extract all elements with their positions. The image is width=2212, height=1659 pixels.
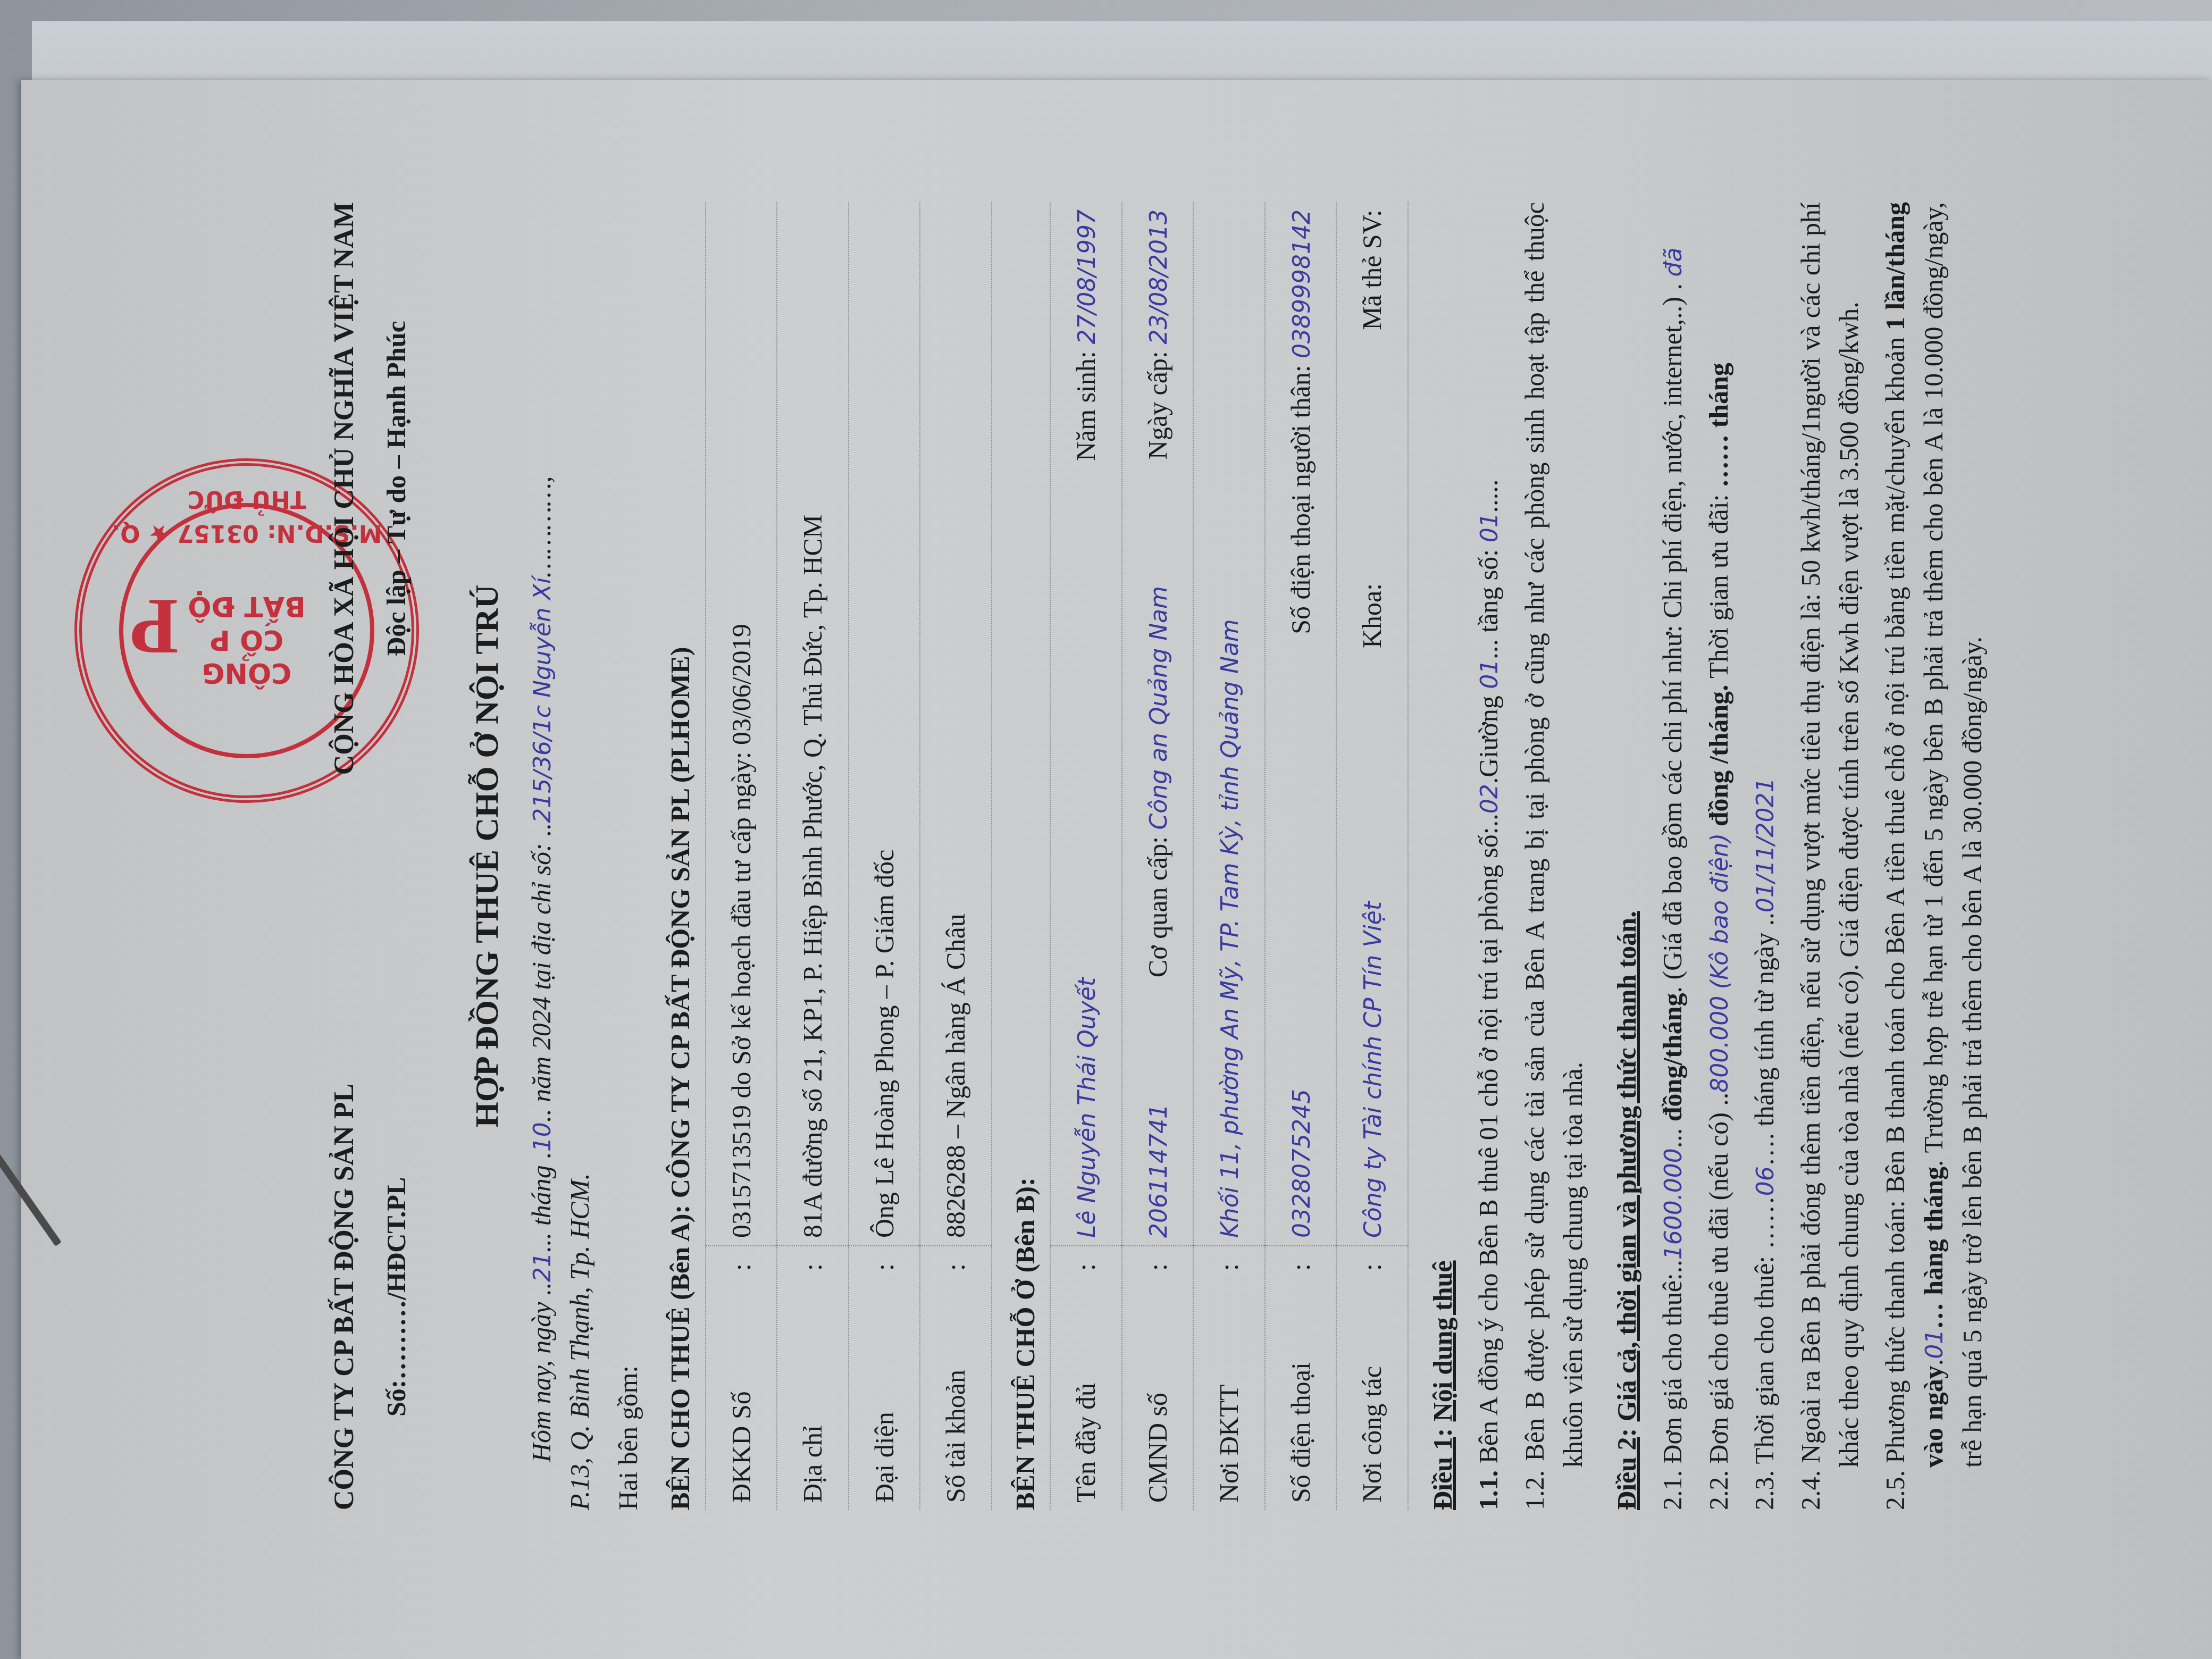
field-value: 8826288 – Ngân hàng Á Châu: [920, 202, 992, 1246]
table-row: ĐKKD Số:0315713519 do Sở kế hoạch đầu tư…: [706, 202, 777, 1510]
table-row: Nơi công tác:Công ty Tài chính CP Tín Vi…: [1336, 202, 1408, 1510]
field-label: ĐKKD Số: [706, 1288, 777, 1510]
field-value: Ông Lê Hoàng Phong – P. Giám đốc: [849, 202, 920, 1246]
field-value: Công ty Tài chính CP Tín ViệtKhoa: Mã th…: [1336, 202, 1408, 1246]
document-header: CÔNG TY CP BẤT ĐỘNG SẢN PL Số:………/HĐCT.P…: [324, 202, 416, 1510]
clause-2-2: 2.2. Đơn giá cho thuê ưu đãi (nếu có) ..…: [1699, 202, 1738, 1510]
table-row: Đại diện:Ông Lê Hoàng Phong – P. Giám đố…: [849, 202, 920, 1510]
stamp-logo-icon: P: [130, 568, 179, 684]
document-number: Số:………/HĐCT.PL: [377, 1084, 416, 1510]
contract-title: HỢP ĐỒNG THUÊ CHỖ Ở NỘI TRÚ: [464, 202, 512, 1510]
clause-2-3: 2.3. Thời gian cho thuê: ……06…. tháng tí…: [1745, 202, 1784, 1510]
article-2: Điều 2: Giá cả, thời gian và phương thức…: [1607, 202, 1992, 1510]
party-b-table: Tên đầy đủ:Lê Nguyễn Thái QuyếtNăm sinh:…: [1050, 202, 1409, 1510]
field-label: Số tài khoản: [920, 1288, 992, 1510]
table-row: Tên đầy đủ:Lê Nguyễn Thái QuyếtNăm sinh:…: [1050, 202, 1122, 1510]
field-value: Khối 11, phường An Mỹ, TP. Tam Kỳ, tỉnh …: [1193, 202, 1265, 1246]
intro-paragraph: Hôm nay, ngày ..21... tháng .10.. năm 20…: [522, 202, 561, 1510]
handwritten-day: 21: [529, 1252, 556, 1282]
field-value: Lê Nguyễn Thái QuyếtNăm sinh: 27/08/1997: [1050, 202, 1122, 1246]
table-row: Địa chỉ:81A đường số 21, KP1, P. Hiệp Bì…: [777, 202, 849, 1510]
party-a-heading: BÊN CHO THUÊ (Bên A): CÔNG TY CP BẤT ĐỘN…: [661, 202, 700, 1510]
clause-1-1: 1.1. Bên A đồng ý cho Bên B thuê 01 chỗ …: [1469, 202, 1508, 1510]
table-row: CMND số:206114741Cơ quan cấp: Công an Qu…: [1122, 202, 1194, 1510]
field-value: 81A đường số 21, KP1, P. Hiệp Bình Phước…: [777, 202, 849, 1246]
field-value: 0328075245Số điện thoại người thân: 0389…: [1265, 202, 1337, 1246]
field-value: 206114741Cơ quan cấp: Công an Quảng NamN…: [1122, 202, 1194, 1246]
table-row: Số điện thoại:0328075245Số điện thoại ng…: [1265, 202, 1337, 1510]
national-title: CỘNG HÒA XÃ HỘI CHỦ NGHĨA VIỆT NAM: [324, 202, 364, 775]
field-label: Số điện thoại: [1265, 1288, 1337, 1510]
party-a-table: ĐKKD Số:0315713519 do Sở kế hoạch đầu tư…: [705, 202, 992, 1510]
field-label: CMND số: [1122, 1288, 1194, 1510]
handwritten-month: 10: [529, 1122, 556, 1152]
party-b-heading: BÊN THUÊ CHỖ Ở (Bên B):: [1006, 202, 1045, 1510]
field-value: 0315713519 do Sở kế hoạch đầu tư cấp ngà…: [706, 202, 777, 1246]
field-label: Địa chỉ: [777, 1288, 849, 1510]
field-label: Nơi ĐKTT: [1193, 1288, 1265, 1510]
field-label: Nơi công tác: [1336, 1288, 1408, 1510]
clause-1-2: 1.2. Bên B được phép sử dụng các tài sản…: [1515, 202, 1593, 1510]
field-label: Đại diện: [849, 1288, 920, 1510]
national-motto: Độc lập – Tự do – Hạnh Phúc: [377, 202, 416, 775]
contract-document: CÔNG CỔ P BẤT ĐỘ P M.S.D.N: 03157 ★ Q. T…: [133, 106, 2100, 1632]
field-label: Tên đầy đủ: [1050, 1288, 1122, 1510]
company-name: CÔNG TY CP BẤT ĐỘNG SẢN PL: [324, 1084, 364, 1510]
handwritten-address: 215/36/1c Nguyễn Xí: [529, 577, 556, 823]
paper-sheet: CÔNG CỔ P BẤT ĐỘ P M.S.D.N: 03157 ★ Q. T…: [21, 80, 2212, 1659]
article-1: Điều 1: Nội dung thuê 1.1. Bên A đồng ý …: [1423, 202, 1593, 1510]
table-row: Số tài khoản:8826288 – Ngân hàng Á Châu: [920, 202, 992, 1510]
clause-2-4: 2.4. Ngoài ra Bên B phải đóng thêm tiền …: [1791, 202, 1869, 1510]
clause-2-1: 2.1. Đơn giá cho thuê:..1600.000... đồng…: [1653, 202, 1692, 1510]
table-row: Nơi ĐKTT:Khối 11, phường An Mỹ, TP. Tam …: [1193, 202, 1265, 1510]
clause-2-5: 2.5. Phương thức thanh toán: Bên B thanh…: [1876, 202, 1992, 1510]
